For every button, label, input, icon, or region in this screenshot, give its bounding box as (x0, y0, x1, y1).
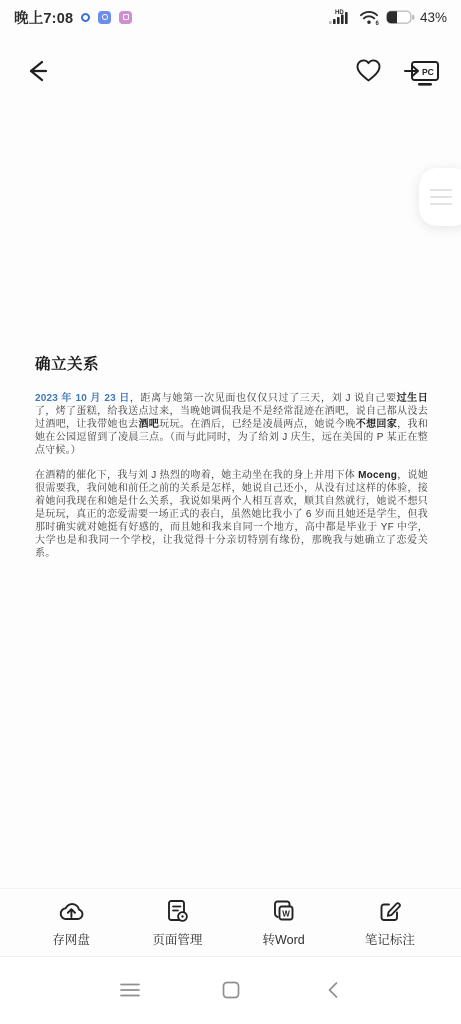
signal-icon: HD (328, 7, 354, 27)
clock: 晚上7:08 (14, 7, 73, 28)
back-chevron-icon (325, 980, 341, 1000)
favorite-heart-icon (354, 57, 383, 84)
note-annotate-button[interactable]: 笔记标注 (345, 898, 435, 948)
recents-icon (119, 981, 141, 999)
blue-app-notification-icon (98, 11, 111, 24)
back-button[interactable] (22, 56, 52, 86)
document-paragraph: 在酒精的催化下，我与刘 J 热烈的吻着，她主动坐在我的身上并用下体 Moceng… (35, 469, 428, 560)
drag-menu-handle-icon (430, 189, 452, 191)
page-manage-icon (163, 898, 191, 924)
status-left-cluster: 晚上7:08 (14, 7, 132, 28)
tool-label: 笔记标注 (365, 930, 415, 948)
note-annotate-icon (376, 898, 404, 924)
app-toolbar: PC (0, 44, 461, 100)
pc-badge-label: PC (422, 67, 434, 77)
home-button[interactable] (216, 975, 246, 1005)
send-to-pc-button[interactable]: PC (402, 56, 440, 88)
battery-percent-label: 43% (420, 10, 447, 25)
document-paragraph: 2023 年 10 月 23 日，距离与她第一次见面也仅仅只过了三天，刘 J 说… (35, 392, 428, 457)
tool-label: 转Word (263, 930, 305, 948)
tool-label: 存网盘 (52, 930, 90, 948)
favorite-button[interactable] (354, 57, 384, 85)
cloud-upload-icon (57, 898, 85, 924)
bottom-toolbar: 存网盘 页面管理 W 转Word 笔记标注 (0, 888, 461, 956)
status-right-cluster: HD 6 43% (328, 7, 447, 27)
status-bar: 晚上7:08 HD 6 (0, 0, 461, 34)
wifi6-label: 6 (375, 21, 379, 26)
nav-back-button[interactable] (318, 975, 348, 1005)
ring-icon (81, 13, 90, 22)
wifi-icon: 6 (359, 8, 381, 26)
convert-word-button[interactable]: W 转Word (239, 898, 329, 948)
page-manage-button[interactable]: 页面管理 (132, 898, 222, 948)
floating-menu-handle[interactable] (419, 168, 461, 226)
recents-button[interactable] (115, 975, 145, 1005)
pink-app-notification-icon (119, 11, 132, 24)
convert-word-icon: W (270, 898, 298, 924)
tool-label: 页面管理 (152, 930, 202, 948)
document-page: 确立关系 2023 年 10 月 23 日，距离与她第一次见面也仅仅只过了三天，… (35, 352, 428, 572)
home-icon (221, 980, 241, 1000)
system-nav-bar (0, 956, 461, 1024)
send-to-pc-icon: PC (402, 56, 442, 90)
phone-screen: 晚上7:08 HD 6 (0, 0, 461, 1024)
document-heading: 确立关系 (35, 352, 428, 374)
battery-icon (386, 10, 415, 25)
word-badge-label: W (282, 909, 290, 918)
save-to-cloud-button[interactable]: 存网盘 (26, 898, 116, 948)
